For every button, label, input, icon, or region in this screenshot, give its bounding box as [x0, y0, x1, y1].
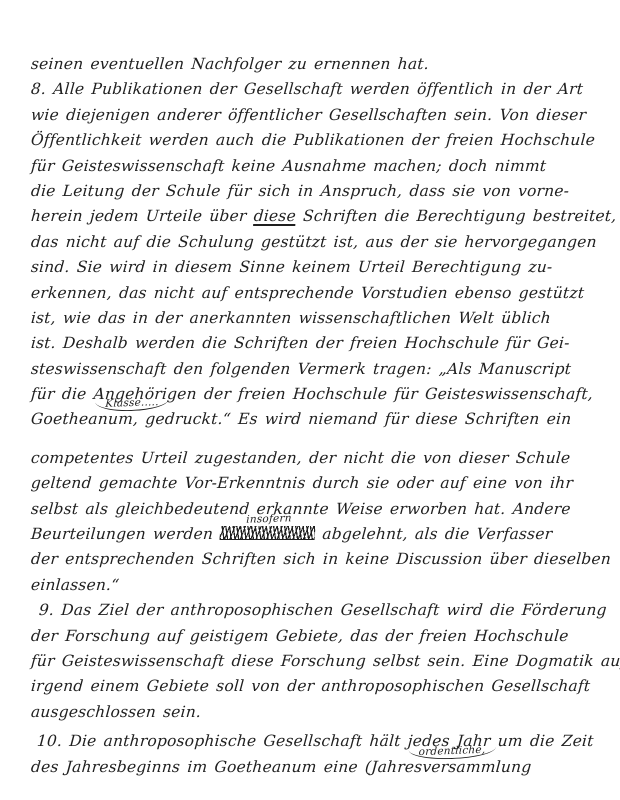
text-segment: ist, wie das in der anerkannten wissensc… — [30, 309, 551, 327]
manuscript-line: 9. Das Ziel der anthroposophischen Gesel… — [30, 598, 604, 623]
manuscript-line: ausgeschlossen sein. — [30, 700, 604, 725]
manuscript-line: competentes Urteil zugestanden, der nich… — [30, 446, 604, 471]
text-segment: für Geisteswissenschaft diese Forschung … — [30, 652, 620, 670]
manuscript-line: des Jahresbeginns im Goetheanum eine (Ja… — [30, 755, 604, 780]
manuscript-line: Goetheanum, gedruckt.“Klasse..... Es wir… — [30, 407, 604, 432]
manuscript-line: Beurteilungen werden insofern abgelehnt,… — [30, 522, 604, 547]
crossed-out-word: insofern — [220, 526, 316, 540]
text-segment: Schriften die Berechtigung bestreitet, — [295, 207, 617, 225]
text-segment: einlassen.“ — [30, 576, 120, 594]
text-segment: wie diejenigen anderer öffentlicher Gese… — [30, 106, 587, 124]
manuscript-line: ist, wie das in der anerkannten wissensc… — [30, 306, 604, 331]
text-segment: geltend gemachte Vor-Erkenntnis durch si… — [30, 474, 573, 492]
text-segment: Goetheanum, gedruckt.“Klasse..... — [30, 410, 231, 428]
manuscript-line: selbst als gleichbedeutend erkannte Weis… — [30, 497, 604, 522]
manuscript-line: die Leitung der Schule für sich in Anspr… — [30, 179, 604, 204]
underlined-word: diese — [253, 207, 296, 225]
manuscript-line: einlassen.“ — [30, 573, 604, 598]
manuscript-line: herein jedem Urteile über diese Schrifte… — [30, 204, 604, 229]
text-segment: Öffentlichkeit werden auch die Publikati… — [30, 131, 595, 149]
inserted-word: insofern — [246, 513, 292, 526]
manuscript-line: 10. Die anthroposophische Gesellschaft h… — [30, 729, 604, 754]
text-segment: 8. Alle Publikationen der Gesellschaft w… — [30, 80, 584, 98]
text-segment: 9. Das Ziel der anthroposophischen Gesel… — [38, 601, 607, 619]
text-segment: 10. Die anthroposophische Gesellschaft h… — [36, 732, 594, 750]
text-segment: sind. Sie wird in diesem Sinne keinem Ur… — [30, 258, 553, 276]
text-segment: seinen eventuellen Nachfolger zu ernenne… — [30, 55, 429, 73]
text-segment: ist. Deshalb werden die Schriften der fr… — [30, 334, 570, 352]
manuscript-line: der entsprechenden Schriften sich in kei… — [30, 547, 604, 572]
manuscript-line: das nicht auf die Schulung gestützt ist,… — [30, 230, 604, 255]
text-segment: selbst als gleichbedeutend erkannte Weis… — [30, 500, 571, 518]
text-segment: der Forschung auf geistigem Gebiete, das… — [30, 627, 569, 645]
text-segment: des Jahresbeginns im Goetheanum eine ( — [30, 758, 372, 776]
text-segment: Jahresversammlungordentliche, — [371, 758, 532, 776]
text-segment: competentes Urteil zugestanden, der nich… — [30, 449, 571, 467]
manuscript-line: ist. Deshalb werden die Schriften der fr… — [30, 331, 604, 356]
manuscript-line: 8. Alle Publikationen der Gesellschaft w… — [30, 77, 604, 102]
text-segment: die Leitung der Schule für sich in Anspr… — [30, 182, 570, 200]
manuscript-line: für Geisteswissenschaft keine Ausnahme m… — [30, 154, 604, 179]
manuscript-page: seinen eventuellen Nachfolger zu ernenne… — [0, 0, 620, 800]
manuscript-line: Öffentlichkeit werden auch die Publikati… — [30, 128, 604, 153]
manuscript-line: steswissenschaft den folgenden Vermerk t… — [30, 357, 604, 382]
text-segment: irgend einem Gebiete soll von der anthro… — [30, 677, 591, 695]
text-segment: Es wird niemand für diese Schriften ein — [230, 410, 572, 428]
text-segment: ausgeschlossen sein. — [30, 703, 201, 721]
text-segment: das nicht auf die Schulung gestützt ist,… — [30, 233, 597, 251]
manuscript-line: sind. Sie wird in diesem Sinne keinem Ur… — [30, 255, 604, 280]
text-segment: erkennen, das nicht auf entsprechende Vo… — [30, 284, 585, 302]
manuscript-line: irgend einem Gebiete soll von der anthro… — [30, 674, 604, 699]
inserted-word: Klasse..... — [95, 397, 169, 413]
manuscript-line: erkennen, das nicht auf entsprechende Vo… — [30, 281, 604, 306]
manuscript-line: wie diejenigen anderer öffentlicher Gese… — [30, 103, 604, 128]
manuscript-line: für Geisteswissenschaft diese Forschung … — [30, 649, 604, 674]
text-segment: der entsprechenden Schriften sich in kei… — [30, 550, 611, 568]
inserted-word: ordentliche, — [409, 744, 496, 760]
text-segment: für Geisteswissenschaft keine Ausnahme m… — [30, 157, 547, 175]
text-segment: Beurteilungen werden — [30, 525, 221, 543]
text-segment: abgelehnt, als die Verfasser — [315, 525, 553, 543]
manuscript-line: der Forschung auf geistigem Gebiete, das… — [30, 624, 604, 649]
text-segment: herein jedem Urteile über — [30, 207, 254, 225]
text-segment: steswissenschaft den folgenden Vermerk t… — [30, 360, 571, 378]
manuscript-line: seinen eventuellen Nachfolger zu ernenne… — [30, 52, 604, 77]
manuscript-line: geltend gemachte Vor-Erkenntnis durch si… — [30, 471, 604, 496]
